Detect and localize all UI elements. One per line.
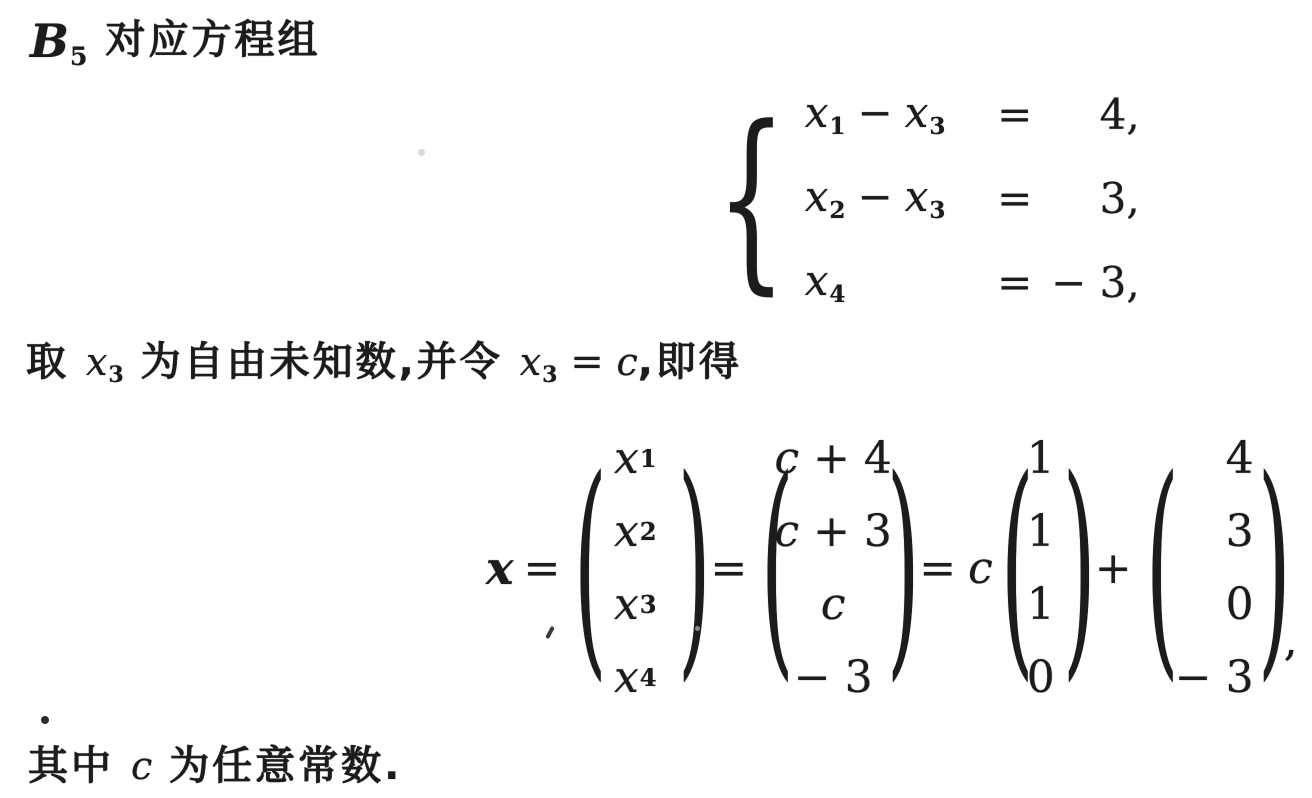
close-paren: ) — [887, 451, 905, 685]
subscript: 3 — [542, 362, 557, 388]
open-paren: ( — [1001, 451, 1019, 685]
vector-entry: c + 3 — [783, 495, 883, 568]
subscript: 3 — [640, 590, 657, 619]
midline-text: 取 x3 为自由未知数,并令 x3 = c,即得 — [26, 330, 742, 388]
close-paren: ) — [1257, 451, 1275, 685]
vector-entry: − 3 — [1168, 641, 1254, 714]
rhs-value: − 3, — [1040, 258, 1140, 307]
equation-row: x2−x3 = 3, — [805, 156, 1140, 240]
variable: x — [520, 340, 541, 384]
subscript: 4 — [829, 281, 845, 308]
vector-column: c + 4 c + 3 c − 3 — [783, 422, 883, 714]
vector-entry: − 3 — [783, 641, 883, 714]
variable: x — [805, 172, 829, 221]
scan-speck — [418, 149, 425, 156]
vector-entry: c — [783, 568, 883, 641]
variable: x — [805, 88, 829, 137]
open-paren: ( — [761, 451, 779, 685]
variable: x — [905, 172, 929, 221]
vector-entry: x3 — [596, 568, 674, 641]
footline-text: 其中 c 为任意常数. — [28, 734, 402, 791]
variable: x — [614, 506, 639, 557]
equals-sign: = — [990, 174, 1040, 223]
equals-sign: = — [523, 543, 560, 594]
minus-operator: − — [857, 172, 892, 221]
subscript: 2 — [640, 517, 657, 546]
close-paren: ) — [1063, 451, 1081, 685]
vector-general-solution: ( c + 4 c + 3 c − 3 ) — [757, 422, 909, 714]
system-rows: x1−x3 = 4, x2−x3 = 3, x4 = − 3, — [805, 72, 1140, 324]
value: + 4 — [799, 433, 892, 484]
open-paren: ( — [1145, 451, 1163, 685]
vector-entry: x1 — [596, 422, 674, 495]
equation-row: x4 = − 3, — [805, 240, 1140, 324]
solution-equation: x = ( x1 x2 x3 x4 ) = ( c + 4 c + 3 c − … — [486, 422, 1298, 714]
equation-row: x1−x3 = 4, — [805, 72, 1140, 156]
subscript: 3 — [929, 197, 945, 224]
close-paren: ) — [678, 451, 696, 685]
vector-entry: c + 4 — [783, 422, 883, 495]
equation-lhs: x2−x3 — [805, 172, 990, 224]
vector-column: x1 x2 x3 x4 — [596, 422, 674, 714]
rhs-value: 4, — [1040, 90, 1140, 139]
subscript: 4 — [640, 663, 657, 692]
subscript: 3 — [929, 113, 945, 140]
equation-lhs: x4 — [805, 256, 990, 308]
vector-column: 4 3 0 − 3 — [1168, 422, 1254, 714]
matrix-symbol-subscript: 5 — [70, 41, 88, 71]
minus-operator: − — [857, 88, 892, 137]
matrix-symbol: B — [30, 14, 69, 68]
midline-segment: ,即得 — [638, 339, 742, 385]
heading-text: 对应方程组 — [106, 17, 321, 63]
vector-x: x — [486, 541, 513, 595]
vector-entry: x4 — [596, 641, 674, 714]
plus-operator: + — [1095, 543, 1132, 594]
equals-sign: = — [710, 543, 747, 594]
scanned-textbook-page: B5对应方程组 { x1−x3 = 4, x2−x3 = 3, x4 = − 3… — [0, 0, 1312, 798]
midline-segment: 为自由未知数,并令 — [124, 339, 520, 385]
system-left-brace: { — [716, 101, 786, 296]
vector-entry: 3 — [1168, 495, 1254, 568]
equals-sign: = — [990, 258, 1040, 307]
equals-sign: = — [919, 543, 956, 594]
variable: x — [614, 652, 639, 703]
heading-line: B5对应方程组 — [30, 8, 321, 71]
midline-segment: 取 — [26, 339, 86, 385]
vector-entry: x2 — [596, 495, 674, 568]
variable: x — [905, 88, 929, 137]
constant-c: c — [821, 579, 846, 630]
vector-direction: ( 1 1 1 0 ) — [997, 422, 1085, 714]
scalar-c: c — [968, 543, 993, 594]
footline-segment: 其中 — [28, 743, 131, 789]
variable: x — [614, 433, 639, 484]
value: + 3 — [799, 506, 892, 557]
subscript: 3 — [108, 362, 123, 388]
constant-c: c — [131, 744, 152, 788]
subscript: 1 — [640, 444, 657, 473]
variable: x — [805, 256, 829, 305]
variable: x — [614, 579, 639, 630]
vector-unknowns: ( x1 x2 x3 x4 ) — [570, 422, 700, 714]
value: − 3 — [794, 652, 873, 703]
scan-speck — [695, 626, 700, 631]
subscript: 1 — [829, 113, 845, 140]
subscript: 2 — [829, 197, 845, 224]
scan-speck — [41, 716, 49, 724]
open-paren: ( — [574, 451, 592, 685]
variable: x — [86, 340, 107, 384]
vector-entry: 4 — [1168, 422, 1254, 495]
rhs-value: 3, — [1040, 174, 1140, 223]
constant-c: c — [616, 340, 637, 384]
equation-system: { x1−x3 = 4, x2−x3 = 3, x4 = − 3, — [710, 72, 1140, 324]
equals-sign: = — [557, 339, 616, 385]
vector-entry: 0 — [1168, 568, 1254, 641]
vector-particular: ( 4 3 0 − 3 ) — [1142, 422, 1280, 714]
footline-segment: 为任意常数. — [152, 743, 402, 789]
equation-lhs: x1−x3 — [805, 88, 990, 140]
equals-sign: = — [990, 90, 1040, 139]
